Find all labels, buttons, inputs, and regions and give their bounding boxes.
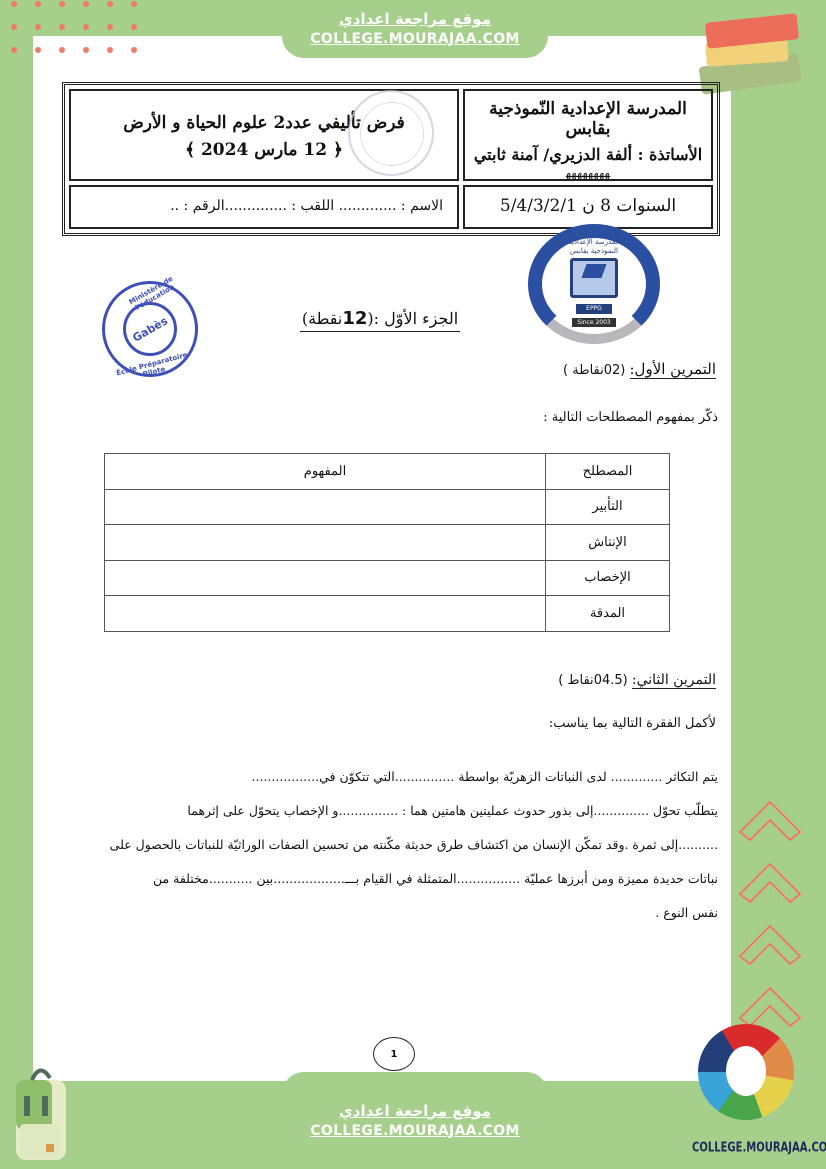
exercise2-title: التمرين الثاني: (04.5نقاط ) — [558, 672, 716, 688]
books-icon — [696, 12, 806, 92]
stamp-center-text: Gabès — [130, 314, 170, 344]
part1-title: الجزء الأوّل :(12نقطة) — [300, 308, 460, 332]
logo-since: Since 2003 — [572, 318, 616, 327]
paragraph-line[interactable]: ..........إلى ثمرة .وقد تمكّن الإنسان من… — [78, 828, 718, 862]
header-definition: المفهوم — [105, 454, 546, 490]
classes-cell: السنوات 8 ن 5/4/3/2/1 — [463, 185, 713, 229]
site-banner-url[interactable]: COLLEGE.MOURAJAA.COM — [310, 29, 519, 49]
exercise2-instruction: لأكمل الفقرة التالية بما يناسب: — [549, 716, 716, 731]
header-term: المصطلح — [546, 454, 670, 490]
definition-cell[interactable] — [105, 489, 546, 525]
ornament: ﻬﻬﻬﻬﻬﻬﻬﻬ — [465, 166, 711, 180]
logo-arabic-name: المدرسة الإعدادية النموذجية بقابس — [564, 238, 624, 256]
exercise2-points: (04.5نقاط ) — [558, 673, 632, 688]
site-banner-top[interactable]: موقع مراجعة اعدادي COLLEGE.MOURAJAA.COM — [282, 0, 548, 58]
subjects-wheel-icon — [698, 1024, 794, 1120]
exercise1-points: (02نقاطة ) — [563, 363, 629, 378]
school-name: المدرسة الإعدادية النّموذجية بقابس — [465, 99, 711, 139]
logo-abbr: EPPG — [576, 304, 612, 314]
school-logo: المدرسة الإعدادية النموذجية بقابس EPPG S… — [528, 224, 660, 344]
site-banner-bottom[interactable]: موقع مراجعة اعدادي COLLEGE.MOURAJAA.COM — [282, 1072, 548, 1169]
table-row: المدقة — [105, 596, 670, 632]
paragraph-line: نفس النوع . — [78, 896, 718, 930]
faint-stamp-icon — [348, 90, 434, 176]
terms-table: المصطلح المفهوم التأبير الإنتاش الإخصاب … — [104, 453, 670, 632]
table-row: الإخصاب — [105, 560, 670, 596]
exercise1-instruction: ذكّر بمفهوم المصطلحات التالية : — [543, 410, 718, 425]
official-stamp: Ministère de l'éducation Gabès École Pré… — [102, 281, 198, 377]
site-banner-arabic: موقع مراجعة اعدادي — [339, 1101, 491, 1121]
frame-left — [0, 0, 33, 1169]
school-info-cell: المدرسة الإعدادية النّموذجية بقابس الأسا… — [463, 89, 713, 181]
exercise1-title: التمرين الأول: (02نقاطة ) — [563, 360, 716, 378]
part1-points: 12 — [342, 308, 367, 329]
student-fields-cell[interactable]: الاسم : ............. اللقب : ..........… — [69, 185, 459, 229]
table-header-row: المصطلح المفهوم — [105, 454, 670, 490]
fill-in-paragraph[interactable]: يتم التكاثر ............. لدى النباتات ا… — [78, 760, 718, 930]
page-number: 1 — [373, 1037, 415, 1071]
table-row: الإنتاش — [105, 525, 670, 561]
teachers: الأساتذة : ألفة الدزيري/ آمنة ثابتي — [465, 145, 711, 164]
classes: السنوات 8 ن 5/4/3/2/1 — [465, 196, 711, 216]
wheel-label[interactable]: COLLEGE.MOURAJAA.COM — [692, 1141, 812, 1155]
student-fields[interactable]: الاسم : ............. اللقب : ..........… — [71, 198, 457, 214]
paragraph-line[interactable]: يتم التكاثر ............. لدى النباتات ا… — [78, 760, 718, 794]
definition-cell[interactable] — [105, 525, 546, 561]
paragraph-line[interactable]: يتطلّب تحوّل ..............إلى بذور حدوث… — [78, 794, 718, 828]
backpack-icon — [12, 1058, 72, 1164]
definition-cell[interactable] — [105, 596, 546, 632]
definition-cell[interactable] — [105, 560, 546, 596]
table-row: التأبير — [105, 489, 670, 525]
site-banner-url[interactable]: COLLEGE.MOURAJAA.COM — [310, 1121, 519, 1141]
site-banner-arabic: موقع مراجعة اعدادي — [339, 9, 491, 29]
paragraph-line[interactable]: نباتات حديدة مميزة ومن أبرزها عمليّة ...… — [78, 862, 718, 896]
